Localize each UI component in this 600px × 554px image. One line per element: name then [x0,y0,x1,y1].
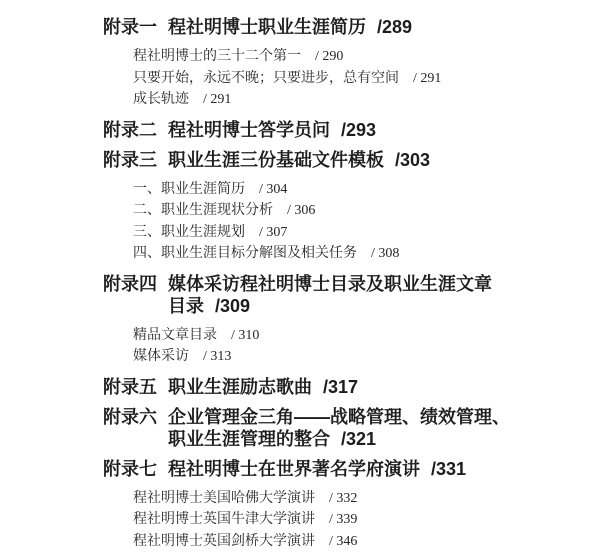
sub-entry-title: 程社明博士英国牛津大学演讲 [133,512,315,527]
sub-entry-title: 程社明博士英国剑桥大学演讲 [133,534,315,549]
toc-entry: 附录三 职业生涯三份基础文件模板/303 一、职业生涯简历/ 304 二、职业生… [103,149,562,265]
appendix-label: 附录四 [103,273,157,295]
sub-entry-page-number: / 291 [203,92,231,107]
appendix-page-number: /317 [323,377,358,397]
appendix-title-block: 媒体采访程社明博士目录及职业生涯文章 目录/309 [168,273,562,317]
appendix-page-number: /331 [431,459,466,479]
toc-entry: 附录五 职业生涯励志歌曲/317 [103,376,562,398]
toc-sub-entry: 二、职业生涯现状分析/ 306 [133,200,562,222]
sub-entry-title: 成长轨迹 [133,92,189,107]
appendix-page-number: /293 [341,120,376,140]
sub-entry-page-number: / 290 [315,49,343,64]
appendix-title: 职业生涯励志歌曲 [168,377,312,397]
toc-sub-entry: 四、职业生涯目标分解图及相关任务/ 308 [133,243,562,265]
sub-entry-page-number: / 307 [259,225,287,240]
sub-entry-page-number: / 304 [259,182,287,197]
appendix-page-number: /303 [395,150,430,170]
appendix-label: 附录七 [103,458,157,480]
sub-entry-page-number: / 313 [203,349,231,364]
sub-entry-title: 程社明博士的三十二个第一 [133,49,301,64]
sub-entry-page-number: / 291 [413,71,441,86]
toc-sub-entry: 媒体采访/ 313 [133,346,562,368]
toc-sub-entry: 成长轨迹/ 291 [133,89,562,111]
appendix-label: 附录一 [103,16,157,38]
toc-sub-list: 程社明博士的三十二个第一/ 290 只要开始，永远不晚；只要进步，总有空间/ 2… [133,46,562,111]
toc-heading: 附录三 职业生涯三份基础文件模板/303 [103,149,562,171]
toc-sub-list: 程社明博士美国哈佛大学演讲/ 332 程社明博士英国牛津大学演讲/ 339 程社… [133,488,562,553]
appendix-label: 附录三 [103,149,157,171]
appendix-title: 程社明博士答学员问 [168,120,330,140]
sub-entry-title: 三、职业生涯规划 [133,225,245,240]
toc-entry: 附录四 媒体采访程社明博士目录及职业生涯文章 目录/309 精品文章目录/ 31… [103,273,562,368]
appendix-label: 附录六 [103,406,157,428]
appendix-title: 职业生涯三份基础文件模板 [168,150,384,170]
sub-entry-page-number: / 308 [371,246,399,261]
appendix-title: 程社明博士在世界著名学府演讲 [168,459,420,479]
appendix-title-block: 程社明博士在世界著名学府演讲/331 [168,458,562,480]
toc-sub-entry: 只要开始，永远不晚；只要进步，总有空间/ 291 [133,68,562,90]
sub-entry-title: 精品文章目录 [133,328,217,343]
toc-sub-list: 精品文章目录/ 310 媒体采访/ 313 [133,325,562,368]
sub-entry-title: 只要开始，永远不晚；只要进步，总有空间 [133,71,399,86]
appendix-label: 附录二 [103,119,157,141]
toc: 附录一 程社明博士职业生涯简历/289 程社明博士的三十二个第一/ 290 只要… [103,16,562,552]
toc-entry: 附录一 程社明博士职业生涯简历/289 程社明博士的三十二个第一/ 290 只要… [103,16,562,111]
toc-sub-entry: 一、职业生涯简历/ 304 [133,179,562,201]
appendix-page-number: /321 [341,429,376,449]
toc-sub-entry: 程社明博士的三十二个第一/ 290 [133,46,562,68]
appendix-title-block: 企业管理金三角——战略管理、绩效管理、 职业生涯管理的整合/321 [168,406,562,450]
toc-sub-entry: 精品文章目录/ 310 [133,325,562,347]
toc-heading: 附录二 程社明博士答学员问/293 [103,119,562,141]
toc-entry: 附录七 程社明博士在世界著名学府演讲/331 程社明博士美国哈佛大学演讲/ 33… [103,458,562,553]
toc-sub-entry: 程社明博士英国牛津大学演讲/ 339 [133,509,562,531]
toc-heading: 附录七 程社明博士在世界著名学府演讲/331 [103,458,562,480]
toc-sub-entry: 三、职业生涯规划/ 307 [133,222,562,244]
toc-entry: 附录六 企业管理金三角——战略管理、绩效管理、 职业生涯管理的整合/321 [103,406,562,450]
appendix-page-number: /289 [377,17,412,37]
appendix-page-number: /309 [215,296,250,316]
toc-heading: 附录五 职业生涯励志歌曲/317 [103,376,562,398]
sub-entry-page-number: / 306 [287,203,315,218]
appendix-title-block: 职业生涯三份基础文件模板/303 [168,149,562,171]
toc-entry: 附录二 程社明博士答学员问/293 [103,119,562,141]
sub-entry-title: 一、职业生涯简历 [133,182,245,197]
appendix-title: 程社明博士职业生涯简历 [168,17,366,37]
appendix-title-block: 程社明博士答学员问/293 [168,119,562,141]
sub-entry-page-number: / 339 [329,512,357,527]
book-toc-page: 附录一 程社明博士职业生涯简历/289 程社明博士的三十二个第一/ 290 只要… [0,0,600,554]
sub-entry-title: 程社明博士美国哈佛大学演讲 [133,491,315,506]
sub-entry-title: 四、职业生涯目标分解图及相关任务 [133,246,357,261]
toc-sub-entry: 程社明博士美国哈佛大学演讲/ 332 [133,488,562,510]
toc-heading: 附录四 媒体采访程社明博士目录及职业生涯文章 目录/309 [103,273,562,317]
toc-sub-list: 一、职业生涯简历/ 304 二、职业生涯现状分析/ 306 三、职业生涯规划/ … [133,179,562,265]
sub-entry-title: 二、职业生涯现状分析 [133,203,273,218]
toc-heading: 附录一 程社明博士职业生涯简历/289 [103,16,562,38]
sub-entry-page-number: / 332 [329,491,357,506]
sub-entry-title: 媒体采访 [133,349,189,364]
appendix-label: 附录五 [103,376,157,398]
toc-heading: 附录六 企业管理金三角——战略管理、绩效管理、 职业生涯管理的整合/321 [103,406,562,450]
appendix-title: 企业管理金三角——战略管理、绩效管理、 职业生涯管理的整合 [168,407,510,449]
sub-entry-page-number: / 310 [231,328,259,343]
appendix-title-block: 职业生涯励志歌曲/317 [168,376,562,398]
appendix-title-block: 程社明博士职业生涯简历/289 [168,16,562,38]
sub-entry-page-number: / 346 [329,534,357,549]
toc-sub-entry: 程社明博士英国剑桥大学演讲/ 346 [133,531,562,553]
